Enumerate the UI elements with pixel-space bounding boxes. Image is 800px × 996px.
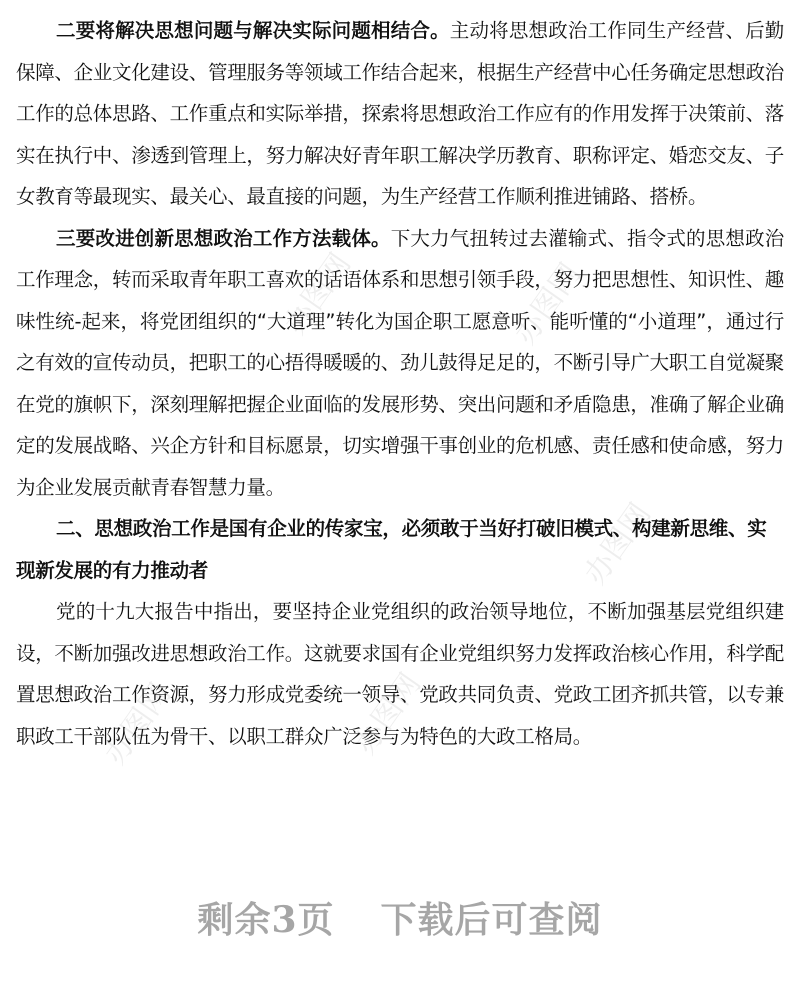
- download-to-view-label[interactable]: 下载后可查阅: [381, 899, 603, 941]
- paragraph-body: 下大力气扭转过去灌输式、指令式的思想政治工作理念，转而采取青年职工喜欢的话语体系…: [16, 227, 784, 499]
- closing-paragraph: 党的十九大报告中指出，要坚持企业党组织的政治领导地位，不断加强基层党组织建设，不…: [16, 591, 784, 757]
- paragraph-3: 三要改进创新思想政治工作方法载体。下大力气扭转过去灌输式、指令式的思想政治工作理…: [16, 218, 784, 509]
- section-heading: 二、思想政治工作是国有企业的传家宝，必须敢于当好打破旧模式、构建新思维、实现新发…: [16, 508, 784, 591]
- paragraph-body: 主动将思想政治工作同生产经营、后勤保障、企业文化建设、管理服务等领域工作结合起来…: [16, 19, 784, 208]
- paragraph-lead: 三要改进创新思想政治工作方法载体。: [56, 227, 391, 250]
- remaining-pages-label: 剩余3页: [197, 899, 334, 941]
- document-page: 二要将解决思想问题与解决实际问题相结合。主动将思想政治工作同生产经营、后勤保障、…: [16, 10, 784, 757]
- paragraph-lead: 二要将解决思想问题与解决实际问题相结合。: [56, 19, 450, 42]
- download-banner[interactable]: 剩余3页下载后可查阅: [0, 892, 800, 943]
- paragraph-2: 二要将解决思想问题与解决实际问题相结合。主动将思想政治工作同生产经营、后勤保障、…: [16, 10, 784, 218]
